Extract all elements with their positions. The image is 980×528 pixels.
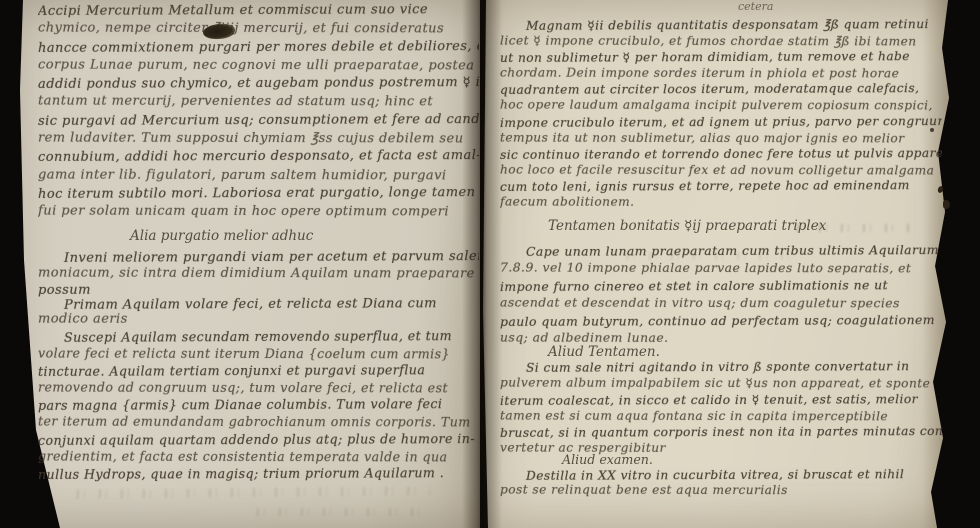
manuscript-line: ascendat et descendat in vitro usq; dum …: [500, 294, 942, 312]
manuscript-line: gama inter lib. figulatori, parum saltem…: [38, 166, 479, 185]
manuscript-line: tamen est si cum aqua fontana sic in cap…: [500, 407, 942, 424]
manuscript-photo: Accipi Mercurium Metallum et commiscui c…: [0, 0, 980, 528]
right-paragraph-4: Destilla in XX vitro in cucurbita vitrea…: [500, 468, 942, 498]
manuscript-line: Inveni meliorem purgandi viam per acetum…: [38, 249, 479, 267]
manuscript-line: Accipi Mercurium Metallum et commiscui c…: [38, 1, 479, 21]
manuscript-line: chymico, nempe circiter ℥iiij mercurij, …: [38, 20, 479, 39]
manuscript-line: hoc iterum subtilo mori. Laboriosa erat …: [38, 184, 479, 204]
manuscript-line: ut non sublimetur ☿ per horam dimidiam, …: [500, 48, 942, 66]
left-paragraph-3: Primam Aquilam volare feci, et relicta e…: [38, 297, 479, 327]
section-heading: Tentamen bonitatis ☿ij praeparati triple…: [548, 218, 826, 234]
section-heading: Alia purgatio melior adhuc: [130, 228, 313, 244]
manuscript-line: pulverem album impalpabilem sic ut ☿us n…: [500, 375, 942, 392]
ink-speck: [930, 128, 934, 132]
manuscript-line: moniacum, sic intra diem dimidium Aquila…: [38, 266, 479, 283]
manuscript-line: Destilla in XX vitro in cucurbita vitrea…: [500, 467, 942, 484]
manuscript-line: rem ludaviter. Tum supposui chymiam ℥ss …: [38, 130, 479, 149]
manuscript-line: Suscepi Aquilam secundam removendo super…: [38, 327, 479, 346]
manuscript-line: hoc opere laudum amalgama incipit pulver…: [500, 97, 942, 114]
manuscript-line: connubium, addidi hoc mercurio desponsat…: [38, 147, 479, 167]
manuscript-line: hancce commixtionem purgari per mores de…: [38, 38, 479, 58]
manuscript-line: tincturae. Aquilam tertiam conjunxi et p…: [38, 361, 479, 380]
manuscript-line: iterum coalescat, in sicco et calido in …: [500, 391, 942, 409]
manuscript-line: fui per solam unicam quam in hoc opere o…: [38, 203, 479, 222]
right-paragraph-3: Si cum sale nitri agitando in vitro ß sp…: [500, 359, 942, 457]
manuscript-line: removendo ad congruum usq;, tum volare f…: [38, 379, 479, 397]
ink-speck: [937, 185, 944, 193]
manuscript-line: tantum ut mercurij, pervenientes ad stat…: [38, 93, 479, 112]
manuscript-line: conjunxi aquilam quartam addendo plus at…: [38, 430, 479, 449]
manuscript-line: faecum abolitionem.: [500, 194, 942, 211]
manuscript-line: addidi pondus suo chymico, et augebam po…: [38, 74, 479, 94]
manuscript-line: volare feci et relicta sunt iterum Diana…: [38, 345, 479, 363]
manuscript-line: pars magna {armis} cum Dianae columbis. …: [38, 395, 479, 414]
manuscript-line: nullus Hydrops, quae in magisq; trium pr…: [38, 464, 479, 483]
manuscript-line: licet ☿ impone crucibulo, et fumos chord…: [500, 33, 942, 50]
right-paragraph-1: Magnam ☿ii debilis quantitatis desponsat…: [500, 17, 942, 210]
ink-speck: [943, 200, 950, 209]
catchword: cetera: [738, 0, 773, 13]
manuscript-line: gredientim, et facta est consistentia te…: [38, 447, 479, 465]
manuscript-line: impone crucibulo iterum, et ad ignem ut …: [500, 113, 942, 131]
manuscript-line: corpus Lunae purum, nec cognovi me ulli …: [38, 56, 479, 75]
manuscript-line: sic purgavi ad Mercurium usq; consumptio…: [38, 111, 479, 131]
section-heading: Aliud Tentamen.: [548, 344, 660, 360]
left-paragraph-1: Accipi Mercurium Metallum et commiscui c…: [38, 2, 479, 222]
manuscript-line: hoc loco et facile resuscitur fex et ad …: [500, 161, 942, 178]
manuscript-line: sic continuo iterando et torrendo donec …: [500, 145, 942, 163]
left-paragraph-2: Inveni meliorem purgandi viam per acetum…: [38, 250, 479, 299]
manuscript-line: Primam Aquilam volare feci, et relicta e…: [38, 296, 479, 313]
manuscript-line: cum toto leni, ignis rursus et torre, re…: [500, 177, 942, 195]
manuscript-line: modico aeris: [38, 312, 479, 328]
manuscript-line: tempus ita ut non sublimetur, alias quo …: [500, 129, 942, 146]
manuscript-line: Cape unam lunam praeparatam cum tribus u…: [500, 241, 942, 260]
manuscript-line: chordam. Dein impone sordes iterum in ph…: [500, 65, 942, 82]
manuscript-line: Si cum sale nitri agitando in vitro ß sp…: [500, 358, 942, 376]
manuscript-line: impone furno cinereo et stet in calore s…: [500, 276, 942, 295]
manuscript-line: 7.8.9. vel 10 impone phialae parvae lapi…: [500, 259, 942, 277]
manuscript-line: Magnam ☿ii debilis quantitatis desponsat…: [500, 16, 942, 34]
left-paragraph-4: Suscepi Aquilam secundam removendo super…: [38, 328, 479, 482]
manuscript-line: paulo quam butyrum, continuo ad perfecta…: [500, 311, 942, 330]
manuscript-line: ter iterum ad emundandam gabrochianum om…: [38, 413, 479, 431]
manuscript-line: post se relinquat bene est aqua mercuria…: [500, 483, 942, 499]
right-paragraph-2: Cape unam lunam praeparatam cum tribus u…: [500, 242, 942, 346]
section-heading: Aliud examen.: [562, 452, 653, 467]
